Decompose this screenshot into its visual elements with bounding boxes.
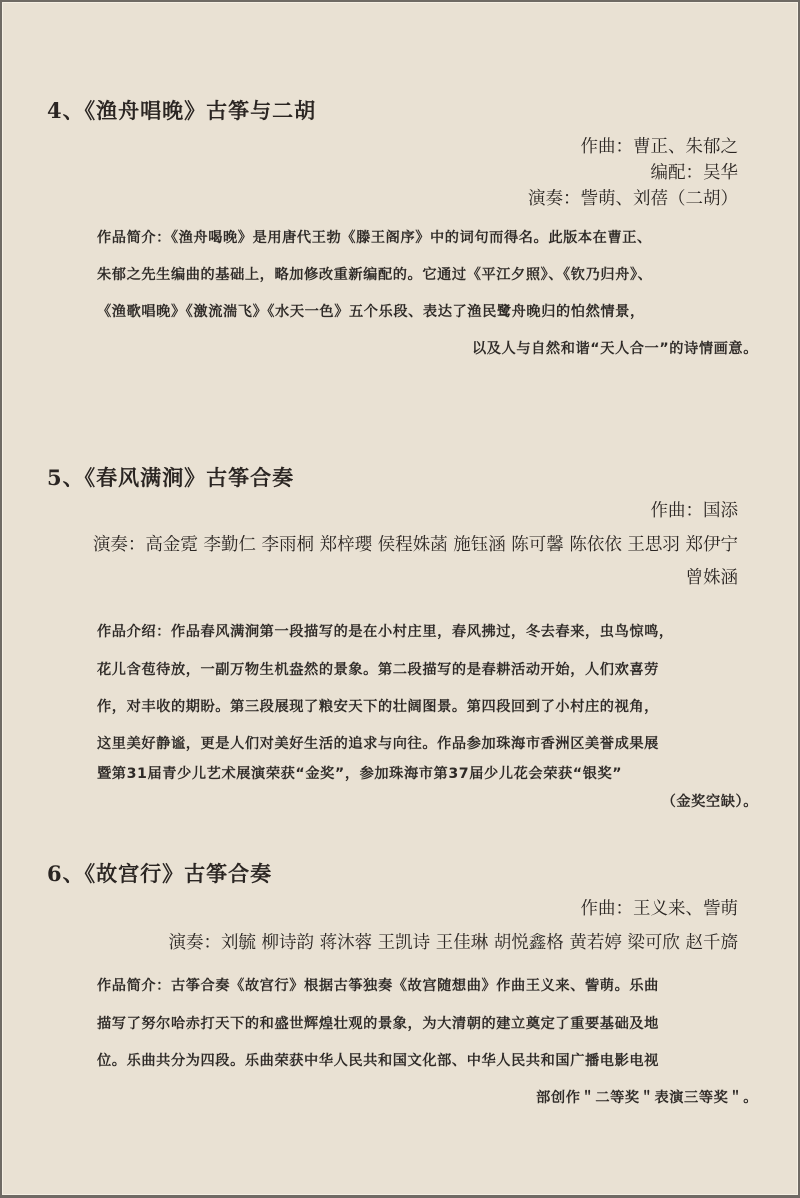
intro-line: 《渔歌唱晚》《激流湍飞》《水天一色》五个乐段、表达了渔民鹭舟晚归的怕然情景， [97, 301, 757, 321]
intro-line: 朱郁之先生编曲的基础上，略加修改重新编配的。它通过《平江夕照》、《钦乃归舟》、 [97, 264, 757, 284]
composer-credit: 作曲：曹正、朱郁之 [581, 133, 739, 158]
intro-line: 花儿含苞待放，一副万物生机盎然的景象。第二段描写的是春耕活动开始，人们欢喜劳 [97, 659, 757, 679]
intro-line: 作品简介：古筝合奏《故宫行》根据古筝独奏《故宫随想曲》作曲王义来、訾萌。乐曲 [97, 975, 757, 995]
performer-credit: 演奏：訾萌、刘蓓（二胡） [528, 185, 738, 210]
intro-line: 以及人与自然和谐“天人合一”的诗情画意。 [472, 338, 758, 358]
intro-line: 描写了努尔哈赤打天下的和盛世辉煌壮观的景象，为大清朝的建立奠定了重要基础及地 [97, 1013, 757, 1033]
piece-title: 4、《渔舟唱晚》古筝与二胡 [47, 95, 316, 125]
composer-credit: 作曲：王义来、訾萌 [581, 895, 739, 920]
intro-line: 部创作＂二等奖＂表演三等奖＂。 [536, 1087, 758, 1107]
intro-line: 位。乐曲共分为四段。乐曲荣获中华人民共和国文化部、中华人民共和国广播电影电视 [97, 1050, 757, 1070]
piece-title: 6、《故宫行》古筝合奏 [47, 858, 272, 888]
piece-title: 5、《春风满涧》古筝合奏 [47, 462, 294, 492]
performer-credit-continued: 曾姝涵 [686, 564, 739, 589]
intro-line: 作，对丰收的期盼。第三段展现了粮安天下的壮阔图景。第四段回到了小村庄的视角， [97, 696, 757, 716]
performer-credit: 演奏：刘毓 柳诗韵 蒋沐蓉 王凯诗 王佳琳 胡悦鑫格 黄若婷 梁可欣 赵千旖 [169, 929, 739, 954]
intro-line: 这里美好静谧，更是人们对美好生活的追求与向往。作品参加珠海市香洲区美誉成果展 [97, 733, 757, 753]
intro-line: 作品介绍：作品春风满涧第一段描写的是在小村庄里，春风拂过，冬去春来，虫鸟惊鸣， [97, 621, 757, 641]
composer-credit: 作曲：国添 [651, 497, 739, 522]
intro-line: 作品简介：《渔舟喝晚》是用唐代王勃《滕王阁序》中的词句而得名。此版本在曹正、 [97, 227, 757, 247]
intro-line: 暨第31届青少儿艺术展演荣获“金奖”，参加珠海市第37届少儿花会荣获“银奖” [97, 763, 757, 783]
arranger-credit: 编配：吴华 [651, 159, 739, 184]
intro-line: （金奖空缺）。 [662, 791, 758, 811]
performer-credit: 演奏：高金霓 李勤仁 李雨桐 郑梓瓔 侯程姝菡 施钰涵 陈可馨 陈依依 王思羽 … [93, 531, 738, 556]
